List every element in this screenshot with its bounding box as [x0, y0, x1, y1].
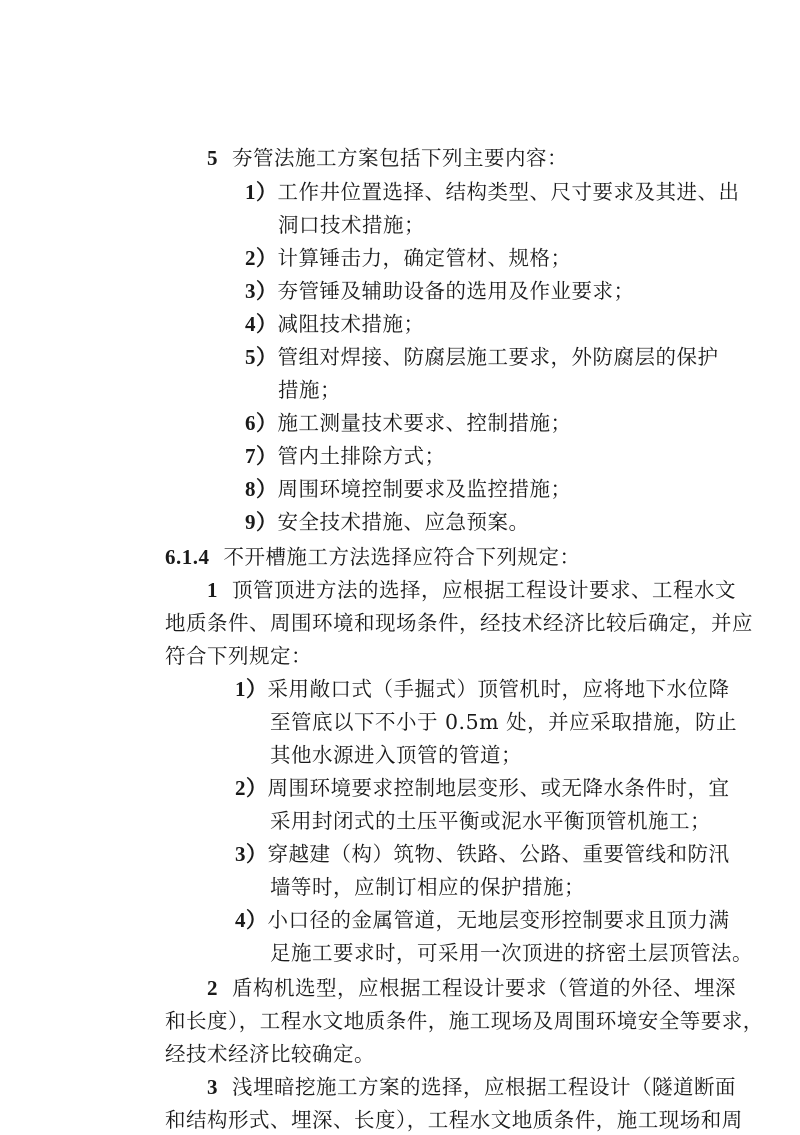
- clause-item-3: 3浅埋暗挖施工方案的选择，应根据工程设计（隧道断面: [207, 1075, 736, 1099]
- clause-item-1-sub-1-line-3: 其他水源进入顶管的管道；: [270, 743, 522, 767]
- clause-item-1-sub-2-line-2: 采用封闭式的土压平衡或泥水平衡顶管机施工；: [270, 809, 711, 833]
- clause-item-2: 2盾构机选型，应根据工程设计要求（管道的外径、埋深: [207, 976, 736, 1000]
- clause-item-3-line-2: 和结构形式、埋深、长度），工程水文地质条件，施工现场和周: [165, 1108, 743, 1132]
- item-5-sub-6: 6）施工测量技术要求、控制措施；: [245, 411, 572, 435]
- item-5-sub-3: 3）夯管锤及辅助设备的选用及作业要求；: [245, 279, 635, 303]
- clause-item-1-sub-1-line-2: 至管底以下不小于 0.5m 处，并应采取措施，防止: [270, 710, 737, 734]
- item-5-sub-7: 7）管内土排除方式；: [245, 444, 446, 468]
- clause-6-1-4-heading: 6.1.4不开槽施工方法选择应符合下列规定：: [165, 545, 581, 569]
- clause-item-1: 1顶管顶进方法的选择，应根据工程设计要求、工程水文: [207, 578, 736, 602]
- item-5-sub-5-cont: 措施；: [278, 378, 341, 402]
- clause-item-2-line-3: 经技术经济比较确定。: [165, 1042, 375, 1066]
- clause-item-1-sub-1: 1）采用敞口式（手掘式）顶管机时，应将地下水位降: [235, 677, 730, 701]
- clause-item-2-line-2: 和长度），工程水文地质条件，施工现场及周围环境安全等要求，: [165, 1009, 764, 1033]
- clause-item-1-line-3: 符合下列规定：: [165, 644, 312, 668]
- clause-item-1-sub-2: 2）周围环境要求控制地层变形、或无降水条件时，宜: [235, 776, 730, 800]
- clause-item-1-sub-4-line-2: 足施工要求时，可采用一次顶进的挤密土层顶管法。: [270, 941, 753, 965]
- item-5-sub-4: 4）减阻技术措施；: [245, 312, 425, 336]
- item-5-sub-5: 5）管组对焊接、防腐层施工要求，外防腐层的保护: [245, 345, 719, 369]
- item-5-sub-9: 9）安全技术措施、应急预案。: [245, 510, 530, 534]
- clause-item-1-line-2: 地质条件、周围环境和现场条件，经技术经济比较后确定，并应: [165, 611, 753, 635]
- item-5-sub-2: 2）计算锤击力，确定管材、规格；: [245, 246, 572, 270]
- clause-item-1-sub-3: 3）穿越建（构）筑物、铁路、公路、重要管线和防汛: [235, 842, 730, 866]
- clause-item-1-sub-3-line-2: 墙等时，应制订相应的保护措施；: [270, 875, 585, 899]
- item-5-heading: 5夯管法施工方案包括下列主要内容：: [207, 146, 568, 170]
- item-5-sub-1: 1）工作井位置选择、结构类型、尺寸要求及其进、出: [245, 180, 740, 204]
- item-5-sub-1-cont: 洞口技术措施；: [278, 213, 425, 237]
- item-5-sub-8: 8）周围环境控制要求及监控措施；: [245, 477, 572, 501]
- clause-item-1-sub-4: 4）小口径的金属管道，无地层变形控制要求且顶力满: [235, 908, 730, 932]
